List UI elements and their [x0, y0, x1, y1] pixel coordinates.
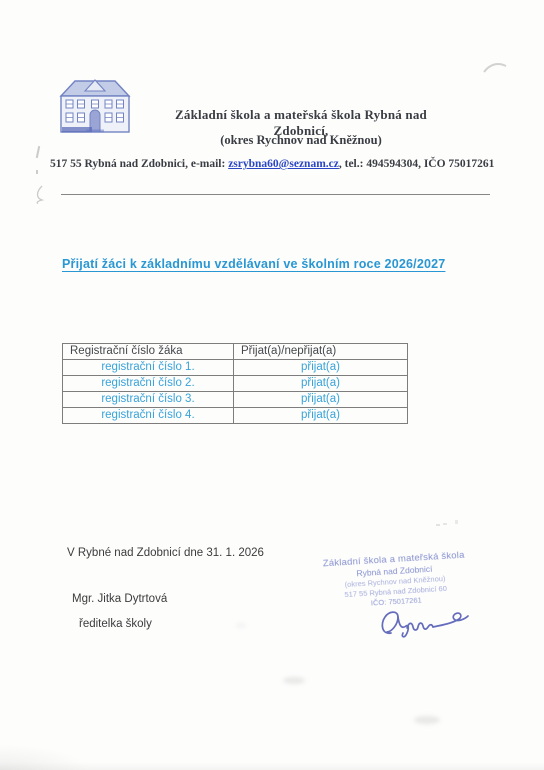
- registration-cell: registrační číslo 3.: [63, 392, 234, 408]
- contact-line: 517 55 Rybná nad Zdobnici, e-mail: zsryb…: [50, 158, 494, 170]
- table-row: registrační číslo 4. přijat(a): [63, 408, 408, 424]
- scan-bottom-shade: [0, 762, 544, 770]
- signer-name: Mgr. Jitka Dytrtová: [72, 593, 167, 605]
- table-row: registrační číslo 1. přijat(a): [63, 360, 408, 376]
- scan-mark-dots: [443, 523, 447, 525]
- scan-mark-left-dot: [36, 170, 38, 174]
- contact-phone-ico: , tel.: 494594304, IČO 75017261: [339, 158, 495, 170]
- decision-cell: přijat(a): [234, 360, 408, 376]
- signature-scribble: [376, 604, 472, 642]
- school-stamp: Základní škola a mateřská škola Rybná na…: [315, 549, 476, 611]
- scan-mark-top-right: [482, 56, 508, 78]
- school-logo-building-icon: [56, 74, 134, 136]
- registration-cell: registrační číslo 2.: [63, 376, 234, 392]
- scan-mark-left-curl: [32, 184, 46, 204]
- scan-smudge: [236, 623, 246, 628]
- scan-mark-left-tick: [36, 146, 40, 158]
- table-row: registrační číslo 2. přijat(a): [63, 376, 408, 392]
- admissions-table: Registrační číslo žáka Přijat(a)/nepřija…: [62, 343, 408, 424]
- date-place-line: V Rybné nad Zdobnicí dne 31. 1. 2026: [67, 547, 264, 559]
- col-header-decision: Přijat(a)/nepřijat(a): [234, 344, 408, 360]
- table-header-row: Registrační číslo žáka Přijat(a)/nepřija…: [63, 344, 408, 360]
- registration-cell: registrační číslo 1.: [63, 360, 234, 376]
- scan-smudge: [414, 716, 440, 724]
- email-link[interactable]: zsrybna60@seznam.cz: [228, 158, 339, 170]
- table-row: registrační číslo 3. přijat(a): [63, 392, 408, 408]
- decision-cell: přijat(a): [234, 408, 408, 424]
- registration-cell: registrační číslo 4.: [63, 408, 234, 424]
- header-divider: [61, 194, 490, 195]
- scan-smudge: [283, 677, 305, 684]
- contact-address: 517 55 Rybná nad Zdobnici, e-mail:: [50, 158, 228, 170]
- scan-mark-dots: [455, 520, 458, 524]
- decision-cell: přijat(a): [234, 376, 408, 392]
- decision-cell: přijat(a): [234, 392, 408, 408]
- school-district: (okres Rychnov nad Kněžnou): [159, 133, 443, 148]
- notice-title: Přijatí žáci k základnímu vzdělávaní ve …: [62, 257, 482, 271]
- col-header-registration: Registrační číslo žáka: [63, 344, 234, 360]
- scan-mark-dots: [436, 524, 440, 526]
- signer-role: ředitelka školy: [79, 618, 152, 630]
